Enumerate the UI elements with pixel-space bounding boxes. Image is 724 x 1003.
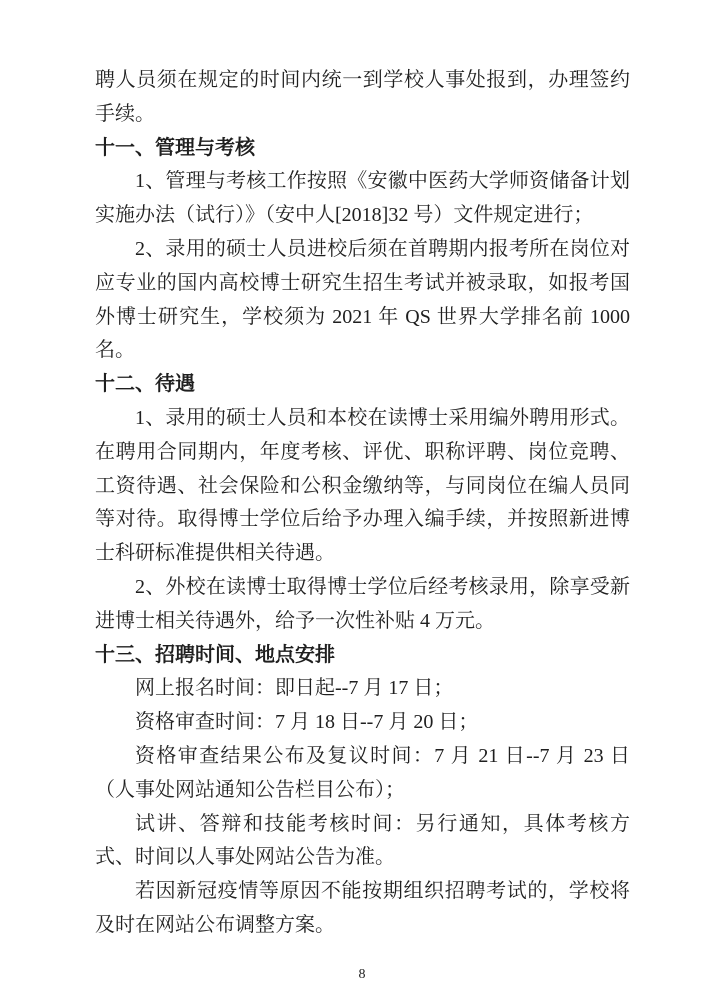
document-page: 聘人员须在规定的时间内统一到学校人事处报到，办理签约手续。 十一、管理与考核 1… [0, 0, 724, 1003]
paragraph: 2、外校在读博士取得博士学位后经考核录用，除享受新进博士相关待遇外，给予一次性补… [95, 571, 630, 639]
paragraph: 资格审查时间：7 月 18 日--7 月 20 日； [95, 706, 630, 740]
paragraph-continuation: 聘人员须在规定的时间内统一到学校人事处报到，办理签约手续。 [95, 64, 630, 132]
paragraph: 网上报名时间：即日起--7 月 17 日； [95, 672, 630, 706]
paragraph: 1、管理与考核工作按照《安徽中医药大学师资储备计划实施办法（试行）》（安中人[2… [95, 165, 630, 233]
paragraph: 试讲、答辩和技能考核时间：另行通知，具体考核方式、时间以人事处网站公告为准。 [95, 808, 630, 876]
paragraph: 2、录用的硕士人员进校后须在首聘期内报考所在岗位对应专业的国内高校博士研究生招生… [95, 233, 630, 368]
paragraph: 若因新冠疫情等原因不能按期组织招聘考试的，学校将及时在网站公布调整方案。 [95, 875, 630, 943]
page-number: 8 [0, 968, 724, 982]
section-heading-12: 十二、待遇 [95, 368, 630, 402]
section-heading-11: 十一、管理与考核 [95, 132, 630, 166]
paragraph: 资格审查结果公布及复议时间：7 月 21 日--7 月 23 日（人事处网站通知… [95, 740, 630, 808]
section-heading-13: 十三、招聘时间、地点安排 [95, 639, 630, 673]
paragraph: 1、录用的硕士人员和本校在读博士采用编外聘用形式。在聘用合同期内，年度考核、评优… [95, 402, 630, 571]
